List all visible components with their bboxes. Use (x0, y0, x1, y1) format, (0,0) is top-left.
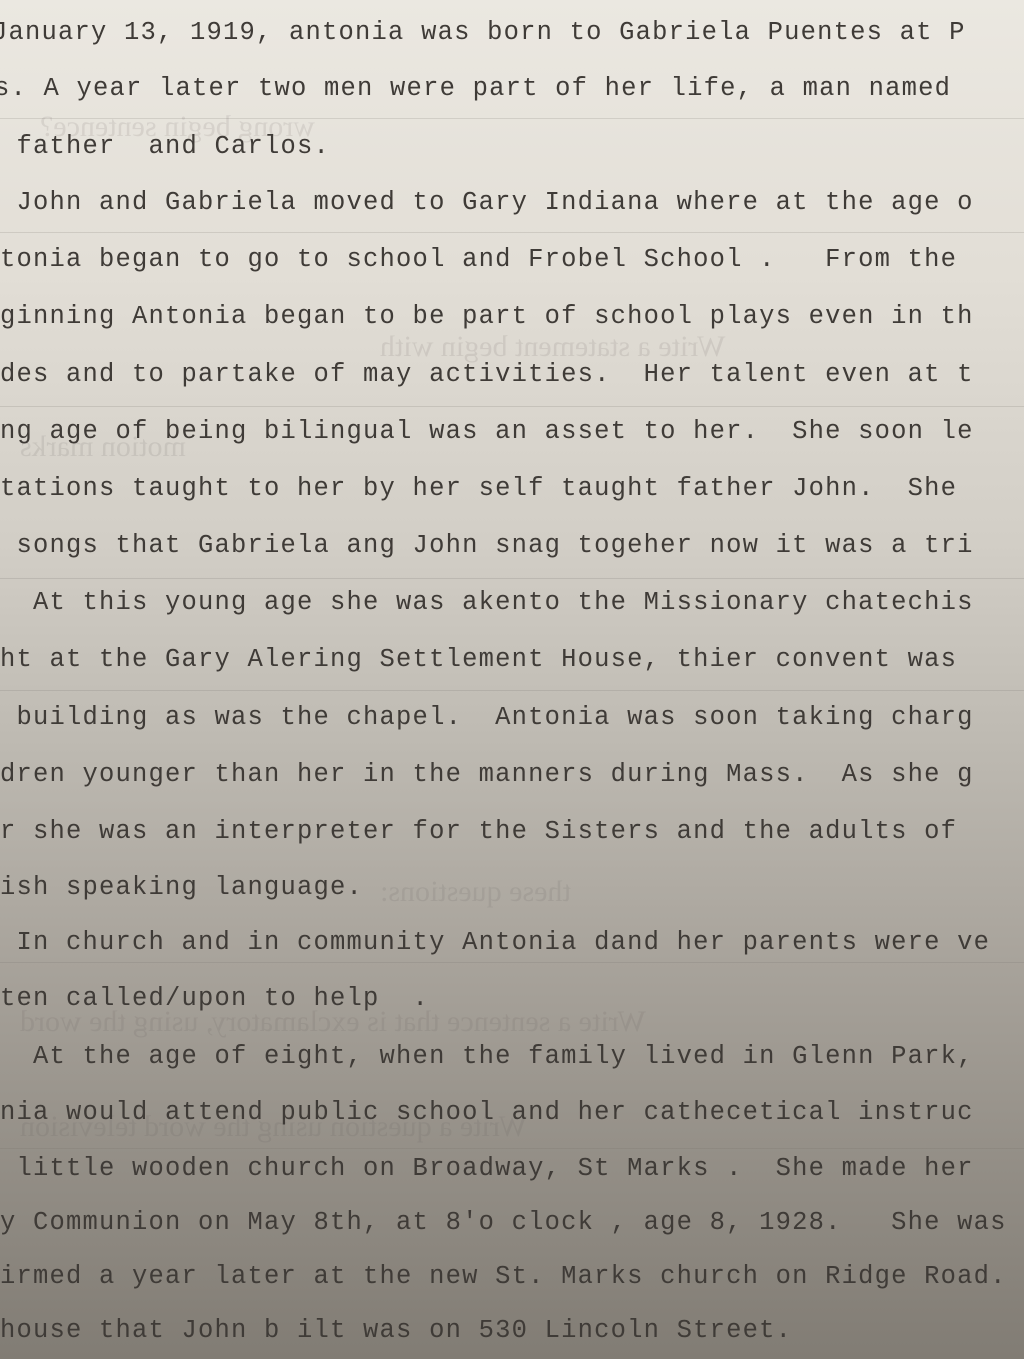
text-line: irmed a year later at the new St. Marks … (0, 1262, 1007, 1291)
text-line: des and to partake of may activities. He… (0, 360, 974, 389)
text-line: tonia began to go to school and Frobel S… (0, 245, 957, 274)
text-line: father and Carlos. (0, 132, 330, 161)
text-line: In church and in community Antonia dand … (0, 928, 990, 957)
text-line: At the age of eight, when the family liv… (0, 1042, 974, 1071)
text-line: ht at the Gary Alering Settlement House,… (0, 645, 957, 674)
text-line: dren younger than her in the manners dur… (0, 760, 974, 789)
text-line: ng age of being bilingual was an asset t… (0, 417, 974, 446)
typewritten-page: wrong begin sentence? Write a statement … (0, 0, 1024, 1359)
text-line: At this young age she was akento the Mis… (0, 588, 974, 617)
text-line: y Communion on May 8th, at 8'o clock , a… (0, 1208, 1007, 1237)
text-line: s. A year later two men were part of her… (0, 74, 951, 103)
text-line: tations taught to her by her self taught… (0, 474, 957, 503)
text-line: ten called/upon to help . (0, 984, 429, 1013)
text-line: building as was the chapel. Antonia was … (0, 703, 974, 732)
text-line: nia would attend public school and her c… (0, 1098, 974, 1127)
text-line: little wooden church on Broadway, St Mar… (0, 1154, 974, 1183)
text-line: John and Gabriela moved to Gary Indiana … (0, 188, 974, 217)
text-line: ginning Antonia began to be part of scho… (0, 302, 974, 331)
text-line: songs that Gabriela ang John snag togehe… (0, 531, 974, 560)
text-line: house that John b ilt was on 530 Lincoln… (0, 1316, 792, 1345)
show-through-text: these questions: (380, 875, 571, 909)
show-through-text: Write a statement begin with (380, 330, 725, 364)
text-line: r she was an interpreter for the Sisters… (0, 817, 957, 846)
text-line: ish speaking language. (0, 873, 363, 902)
text-line: January 13, 1919, antonia was born to Ga… (0, 18, 966, 47)
